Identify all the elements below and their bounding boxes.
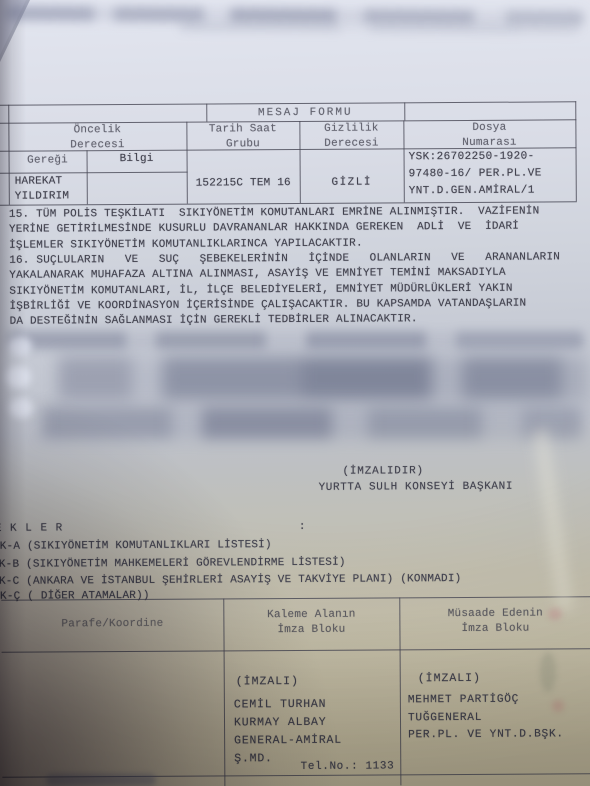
blurred-bottom-fragment (46, 774, 156, 786)
paragraph-16: 16. SUÇLULARIN VE SUÇ ŞEBEKELERİNİN İÇİN… (9, 250, 585, 330)
stain-mark (540, 652, 556, 692)
column-header-kaleme: Kaleme Alanın İmza Bloku (223, 607, 399, 639)
light-spot (5, 366, 31, 388)
gizlilik-value: GİZLİ (300, 175, 404, 191)
signed-note: (İMZALIDIR) (342, 464, 424, 480)
attachments-colon: : (299, 520, 306, 535)
dosya-value: YSK:26702250-1920- 97480-16/ PER.PL.VE Y… (409, 148, 542, 199)
kaleme-signature-block: CEMİL TURHAN KURMAY ALBAY GENERAL-AMİRAL… (234, 696, 342, 769)
table-line (2, 648, 590, 653)
attachment-item: EK-A (SIKIYÖNETİM KOMUTANLIKLARI LİSTESİ… (0, 538, 272, 555)
kaleme-tel: Tel.No.: 1133 (234, 759, 394, 775)
attachment-item: EK-B (SIKIYÖNETİM MAHKEMELERİ GÖREVLENDİ… (0, 556, 346, 573)
stain-mark (552, 700, 564, 712)
signature-table: Parafe/Koordine Kaleme Alanın İmza Bloku… (1, 596, 590, 786)
blurred-text-line (40, 356, 588, 400)
column-header-oncelik: Öncelik Derecesi (8, 123, 186, 155)
column-header-tarih: Tarih Saat Grubu (186, 122, 299, 153)
blurred-text-line (8, 331, 584, 349)
light-spot (9, 398, 33, 418)
blurred-text-line (30, 407, 582, 439)
musaade-signature-block: MEHMET PARTİGÖÇ TUĞGENERAL PER.PL. VE YN… (408, 691, 564, 744)
table-line (575, 101, 577, 201)
column-header-dosya: Dosya Numarası (403, 120, 575, 152)
light-spot (8, 336, 32, 356)
attachments-label: E K L E R (0, 521, 63, 537)
musaade-imzali: (İMZALI) (418, 671, 481, 687)
table-line (404, 102, 405, 120)
document-photo: MESAJ FORMU Öncelik Derecesi Tarih Saat … (0, 0, 590, 786)
table-line (0, 172, 188, 174)
paragraph-15: 15. TÜM POLİS TEŞKİLATI SIKIYÖNETİM KOMU… (9, 204, 581, 253)
message-form-table: MESAJ FORMU Öncelik Derecesi Tarih Saat … (0, 101, 589, 206)
attachment-item: EK-C (ANKARA VE İSTANBUL ŞEHİRLERİ ASAYİ… (0, 572, 461, 590)
column-header-parafe: Parafe/Koordine (1, 616, 223, 633)
bilgi-label: Bilgi (87, 152, 187, 168)
geregi-label: Gereği (9, 153, 87, 169)
form-title: MESAJ FORMU (206, 105, 404, 122)
geregi-value: HAREKAT YILDIRIM (15, 174, 70, 205)
column-header-gizlilik: Gizlilik Derecesi (299, 121, 403, 152)
tarih-value: 152215C TEM 16 (187, 176, 300, 192)
kaleme-imzali: (İMZALI) (236, 674, 299, 690)
council-signature: YURTTA SULH KONSEYİ BAŞKANI (319, 480, 514, 496)
stain-mark (548, 608, 562, 620)
